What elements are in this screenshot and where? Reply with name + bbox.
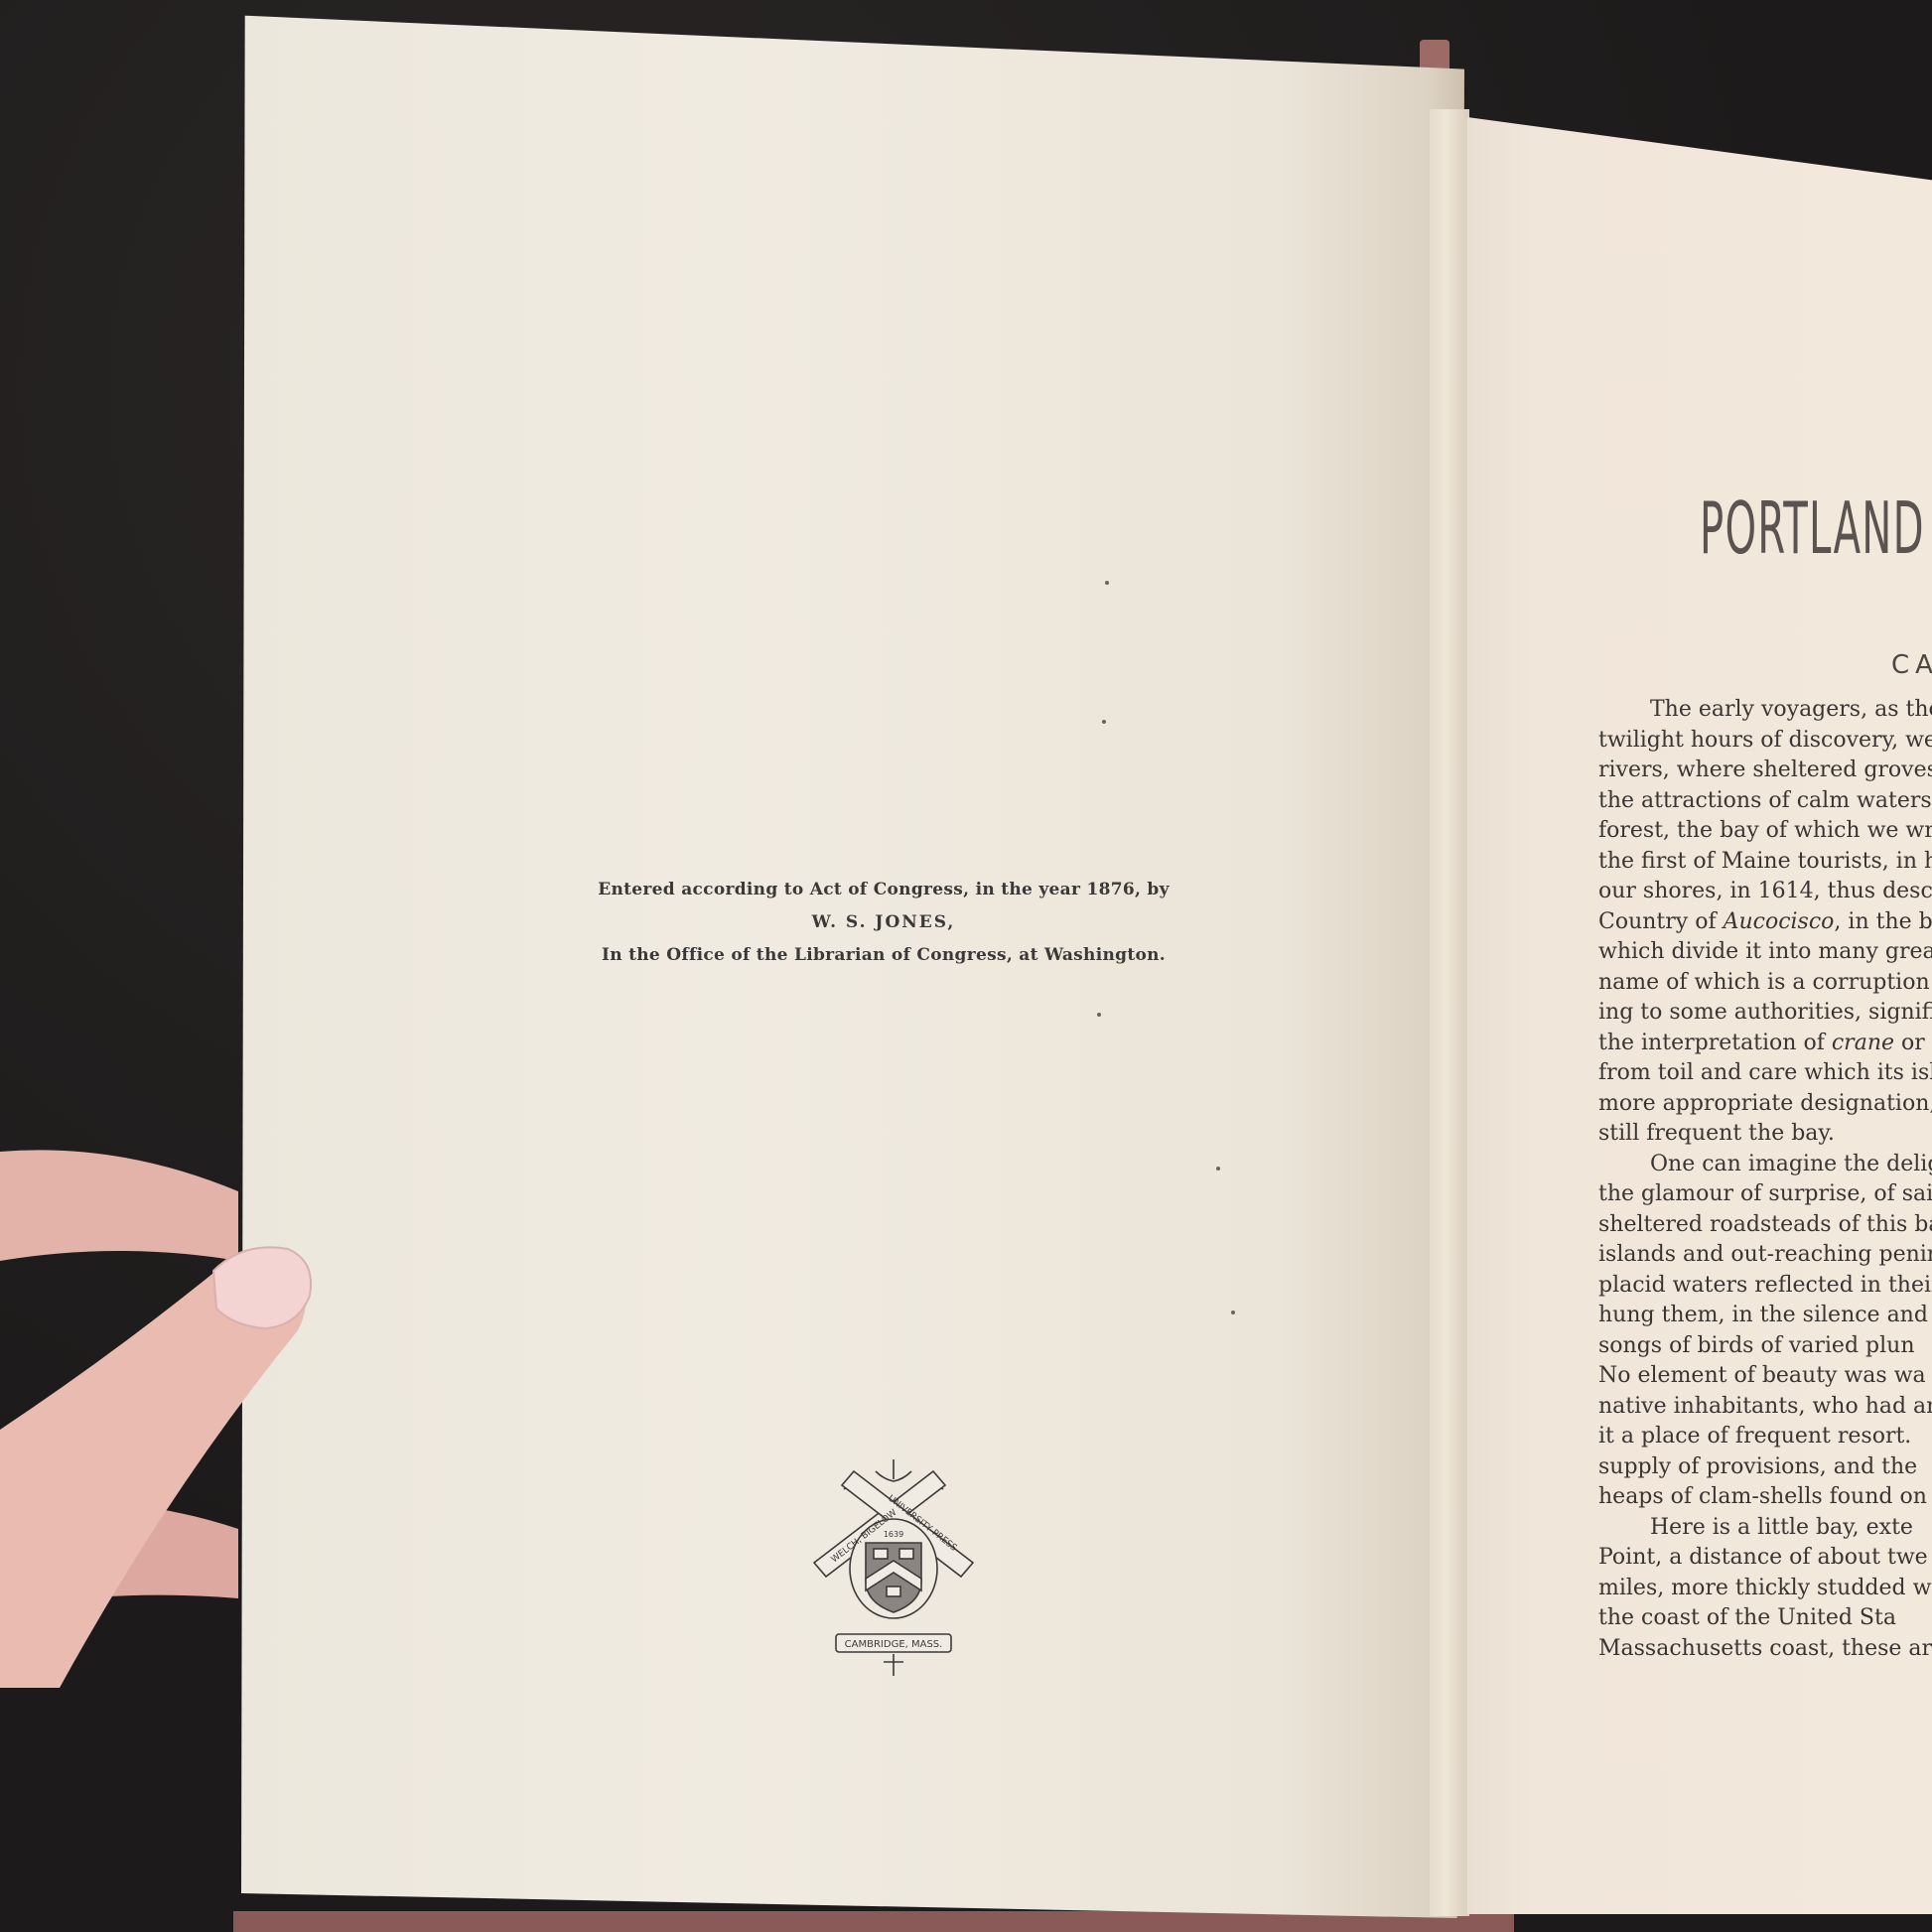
- svg-text:CAMBRIDGE, MASS.: CAMBRIDGE, MASS.: [845, 1639, 943, 1650]
- copyright-notice: Entered according to Act of Congress, in…: [596, 874, 1172, 972]
- text-line: heaps of clam-shells found on t: [1598, 1482, 1932, 1513]
- book-title: PORTLAND: [1700, 486, 1925, 570]
- copyright-line-1: Entered according to Act of Congress, in…: [596, 874, 1172, 906]
- text-line: native inhabitants, who had an: [1598, 1392, 1932, 1423]
- text-line: more appropriate designation, t: [1598, 1089, 1932, 1120]
- text-line: twilight hours of discovery, we: [1598, 726, 1932, 757]
- text-line: rivers, where sheltered groves a: [1598, 756, 1932, 786]
- text-line: the coast of the United Sta: [1598, 1603, 1932, 1634]
- text-line: miles, more thickly studded wi: [1598, 1574, 1932, 1604]
- svg-text:1639: 1639: [884, 1530, 903, 1539]
- copyright-line-3: In the Office of the Librarian of Congre…: [596, 939, 1172, 972]
- text-line: ing to some authorities, signifi: [1598, 998, 1932, 1029]
- hand-holding-page: [0, 1132, 328, 1688]
- text-line: sheltered roadsteads of this bay: [1598, 1210, 1932, 1241]
- text-line: Point, a distance of about twe: [1598, 1543, 1932, 1574]
- text-line: the interpretation of crane or h: [1598, 1029, 1932, 1059]
- fingernail-icon: [213, 1247, 311, 1328]
- text-line: our shores, in 1614, thus desc: [1598, 877, 1932, 907]
- text-line: The early voyagers, as the: [1598, 695, 1932, 726]
- body-text: The early voyagers, as thetwilight hours…: [1598, 695, 1932, 1664]
- text-line: Massachusetts coast, these are: [1598, 1634, 1932, 1665]
- text-line: placid waters reflected in their: [1598, 1271, 1932, 1302]
- text-line: No element of beauty was wa: [1598, 1361, 1932, 1392]
- copyright-holder: W. S. JONES,: [596, 906, 1172, 939]
- text-line: hung them, in the silence and s: [1598, 1301, 1932, 1331]
- text-line: it a place of frequent resort.: [1598, 1422, 1932, 1452]
- text-line: Here is a little bay, exte: [1598, 1513, 1932, 1544]
- text-line: Country of Aucocisco, in the bo: [1598, 907, 1932, 938]
- text-line: the first of Maine tourists, in hi: [1598, 847, 1932, 878]
- text-line: the attractions of calm waters: [1598, 786, 1932, 817]
- text-line: supply of provisions, and the: [1598, 1452, 1932, 1483]
- university-press-emblem: 1639 CAMBRIDGE, MASS. WELCH, BIGELOW UNI…: [804, 1451, 983, 1680]
- text-line: songs of birds of varied plun: [1598, 1331, 1932, 1362]
- text-line: from toil and care which its isla: [1598, 1058, 1932, 1089]
- press-crest-icon: 1639 CAMBRIDGE, MASS. WELCH, BIGELOW UNI…: [804, 1451, 983, 1680]
- text-line: forest, the bay of which we wri: [1598, 816, 1932, 847]
- chapter-heading: CA: [1891, 650, 1932, 680]
- text-line: islands and out-reaching penins: [1598, 1240, 1932, 1271]
- text-line: the glamour of surprise, of sai: [1598, 1179, 1932, 1210]
- text-line: still frequent the bay.: [1598, 1119, 1932, 1150]
- text-line: name of which is a corruption c: [1598, 968, 1932, 999]
- book-gutter: [1430, 109, 1469, 1916]
- text-line: One can imagine the deligh: [1598, 1150, 1932, 1180]
- text-line: which divide it into many great: [1598, 937, 1932, 968]
